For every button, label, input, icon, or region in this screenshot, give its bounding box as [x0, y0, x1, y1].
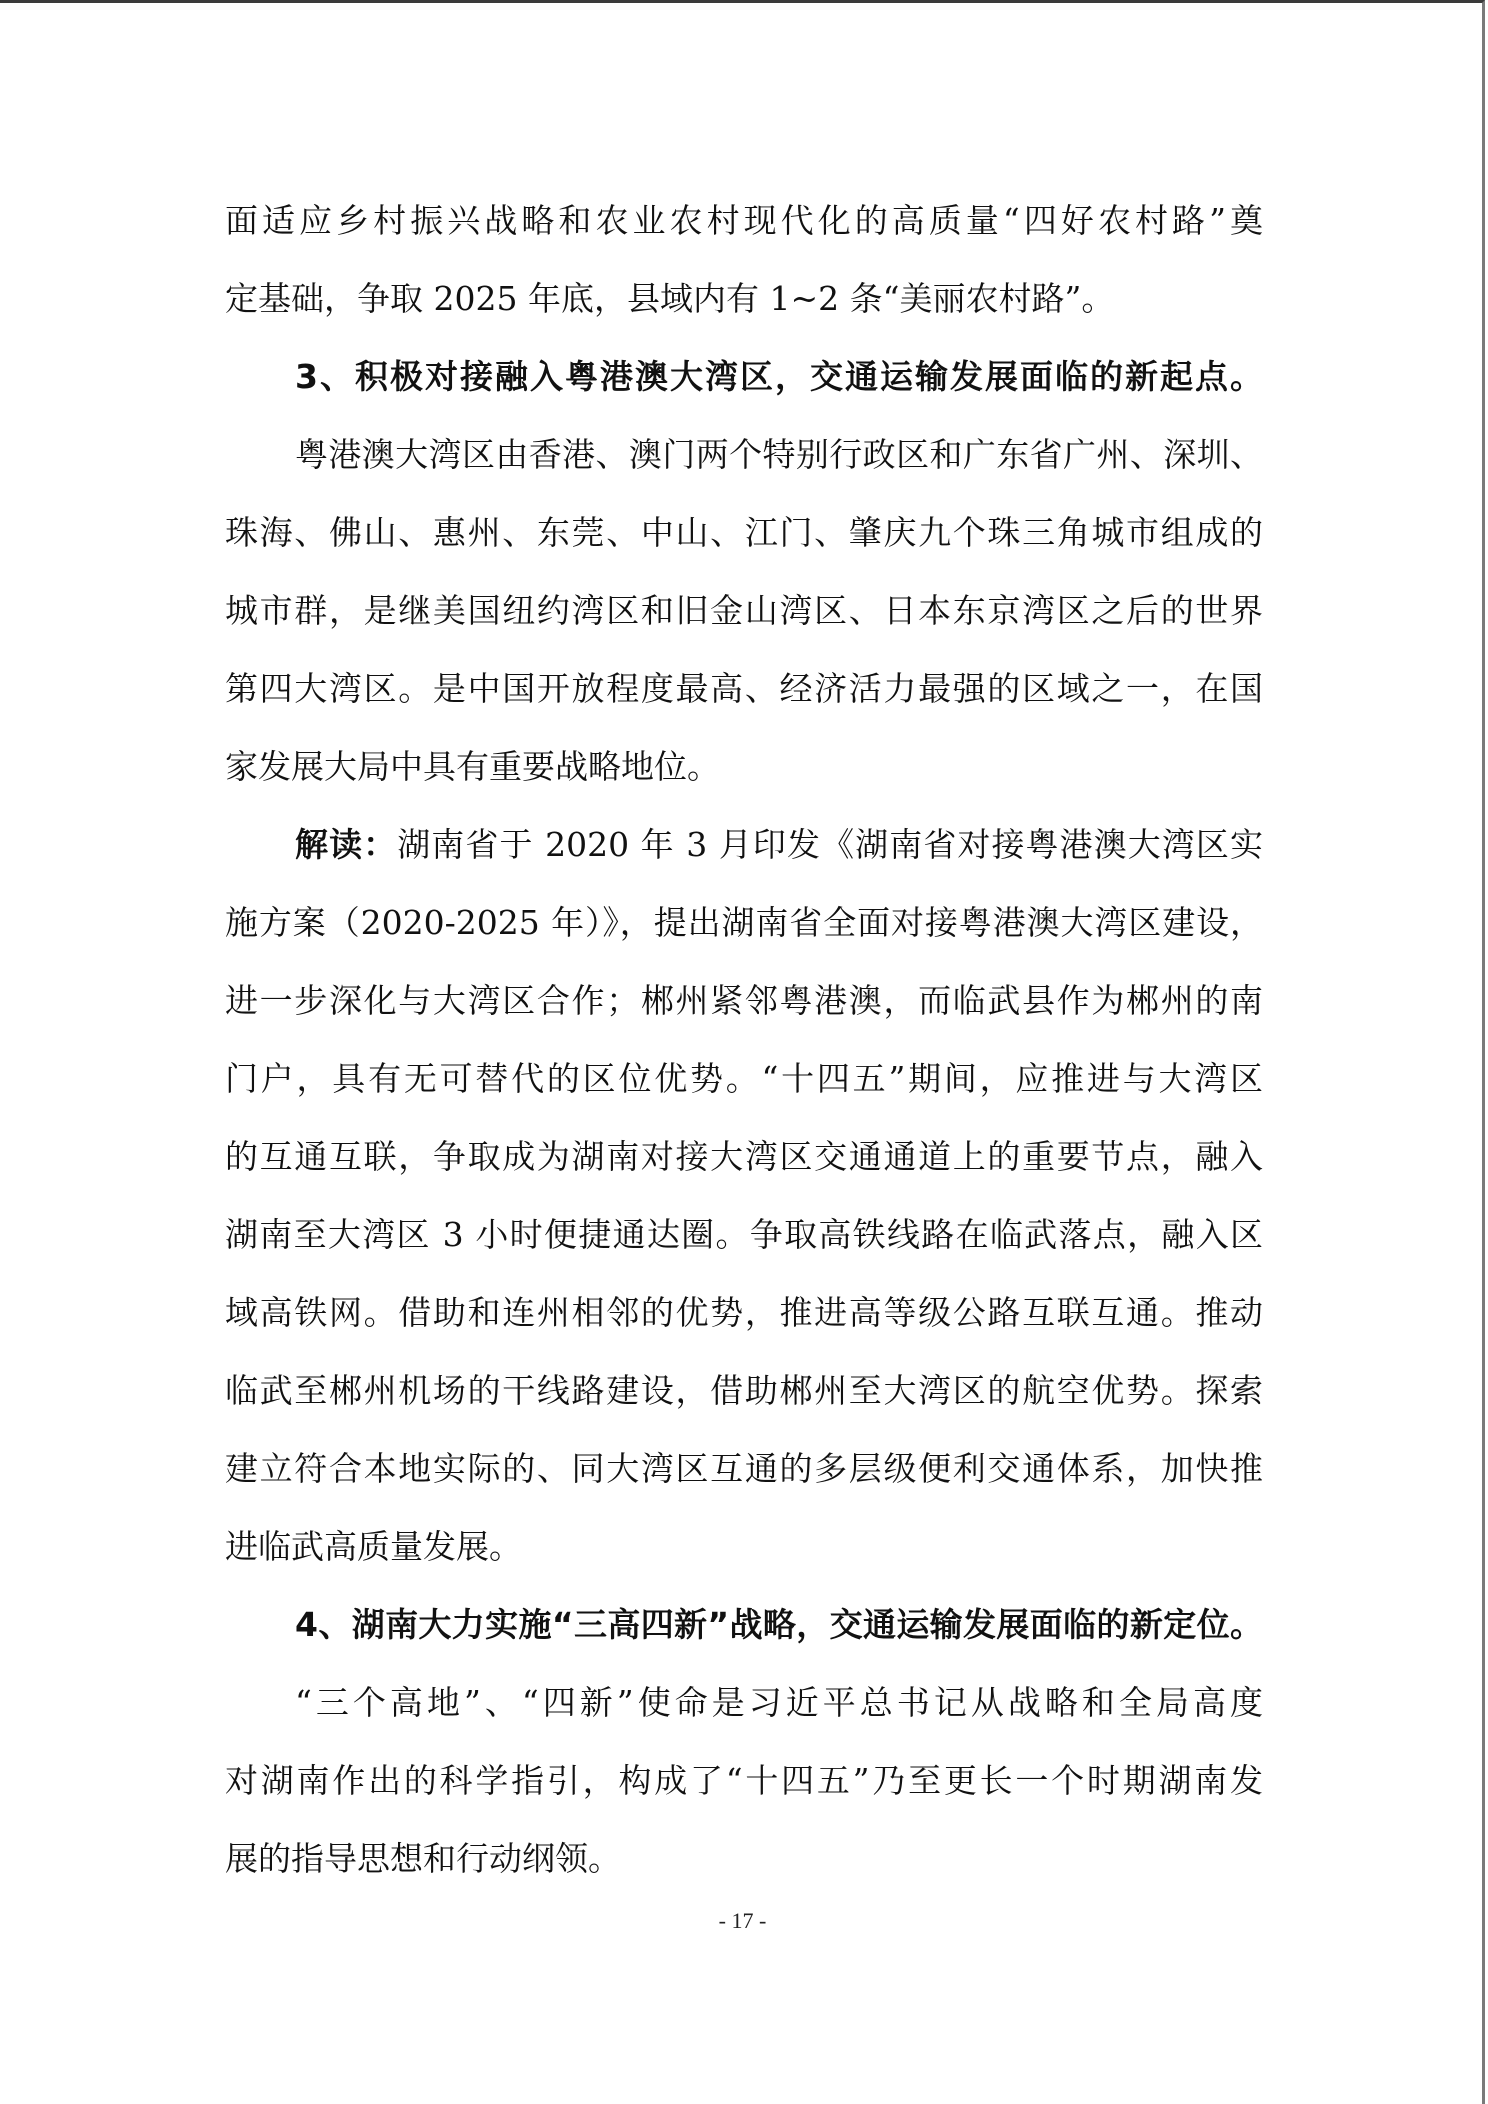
- text-line: 施方案（2020-2025 年）》，提出湖南省全面对接粤港澳大湾区建设，: [225, 897, 1263, 975]
- text-line: 湖南至大湾区 3 小时便捷通达圈。争取高铁线路在临武落点，融入区: [225, 1209, 1263, 1287]
- text-line: 临武至郴州机场的干线路建设，借助郴州至大湾区的航空优势。探索: [225, 1365, 1263, 1443]
- text-line: 第四大湾区。是中国开放程度最高、经济活力最强的区域之一，在国: [225, 663, 1263, 741]
- section-heading-4: 4、湖南大力实施“三高四新”战略，交通运输发展面临的新定位。: [225, 1599, 1263, 1677]
- text-line: 进临武高质量发展。: [225, 1521, 1263, 1599]
- text-line: 域高铁网。借助和连州相邻的优势，推进高等级公路互联互通。推动: [225, 1287, 1263, 1365]
- text-line: 建立符合本地实际的、同大湾区互通的多层级便利交通体系，加快推: [225, 1443, 1263, 1521]
- document-page: 面适应乡村振兴战略和农业农村现代化的高质量“四好农村路”奠 定基础，争取 202…: [0, 0, 1485, 2104]
- text-span: 湖南省于 2020 年 3 月印发《湖南省对接粤港澳大湾区实: [397, 825, 1263, 864]
- text-line: 门户，具有无可替代的区位优势。“十四五”期间，应推进与大湾区: [225, 1053, 1263, 1131]
- page-body: 面适应乡村振兴战略和农业农村现代化的高质量“四好农村路”奠 定基础，争取 202…: [225, 195, 1263, 1911]
- page-number: - 17 -: [0, 1908, 1485, 1934]
- text-line: 的互通互联，争取成为湖南对接大湾区交通通道上的重要节点，融入: [225, 1131, 1263, 1209]
- text-line: 家发展大局中具有重要战略地位。: [225, 741, 1263, 819]
- text-line: 定基础，争取 2025 年底，县域内有 1~2 条“美丽农村路”。: [225, 273, 1263, 351]
- text-line: 珠海、佛山、惠州、东莞、中山、江门、肇庆九个珠三角城市组成的: [225, 507, 1263, 585]
- text-line: 展的指导思想和行动纲领。: [225, 1833, 1263, 1911]
- text-line: 城市群，是继美国纽约湾区和旧金山湾区、日本东京湾区之后的世界: [225, 585, 1263, 663]
- text-line: 进一步深化与大湾区合作；郴州紧邻粤港澳，而临武县作为郴州的南: [225, 975, 1263, 1053]
- text-line: “三个高地”、“四新”使命是习近平总书记从战略和全局高度: [225, 1677, 1263, 1755]
- interpretation-label: 解读：: [295, 825, 397, 864]
- text-line: 对湖南作出的科学指引，构成了“十四五”乃至更长一个时期湖南发: [225, 1755, 1263, 1833]
- text-line: 粤港澳大湾区由香港、澳门两个特别行政区和广东省广州、深圳、: [225, 429, 1263, 507]
- section-heading-3: 3、积极对接融入粤港澳大湾区，交通运输发展面临的新起点。: [225, 351, 1263, 429]
- text-line: 面适应乡村振兴战略和农业农村现代化的高质量“四好农村路”奠: [225, 195, 1263, 273]
- interpretation-first-line: 解读：湖南省于 2020 年 3 月印发《湖南省对接粤港澳大湾区实: [225, 819, 1263, 897]
